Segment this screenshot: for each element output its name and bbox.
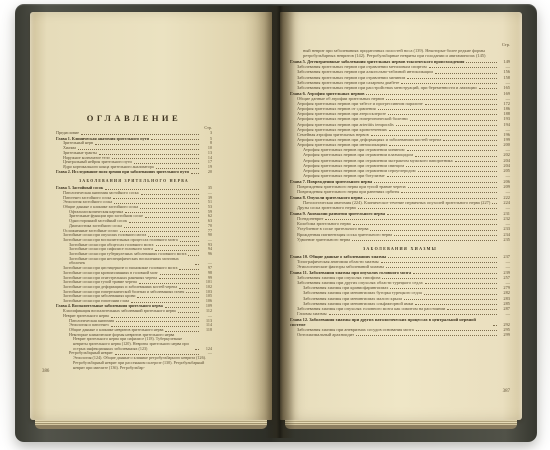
entry-text: Глава 12. Заболевания хиазмы при других … <box>290 317 491 327</box>
leader-dots <box>370 230 497 231</box>
leader-dots <box>378 109 497 110</box>
leader-dots <box>141 194 199 195</box>
toc-entry: Этиология (124). Общие данные о клинике … <box>56 356 212 370</box>
entry-page-number: 118 <box>201 328 212 333</box>
leader-dots <box>466 62 497 63</box>
leader-dots <box>415 304 497 305</box>
leader-dots <box>352 240 497 241</box>
leader-dots <box>406 166 497 167</box>
book-photo: ОГЛАВЛЕНИЕ Стр. Предисловие3Глава 1. Кли… <box>0 0 550 450</box>
toc-entry: Глиомы хиазмы— <box>290 311 510 316</box>
leader-dots <box>401 192 497 193</box>
leader-dots <box>151 139 199 140</box>
toc-entry: Неврит зрительного нерва при сифилисе (1… <box>56 337 212 351</box>
toc-entry: Оптохиазмальный арахноидит299 <box>290 332 510 337</box>
leader-dots <box>356 335 497 336</box>
leader-dots <box>124 227 199 228</box>
leader-dots <box>394 235 497 236</box>
right-page: Стр. ный неврит при заболеваниях придато… <box>280 12 522 420</box>
toc-title: ОГЛАВЛЕНИЕ <box>56 116 212 121</box>
entry-text: Неврит зрительного нерва при сифилисе (1… <box>73 337 193 351</box>
leader-dots <box>195 349 199 350</box>
folio-left: 386 <box>42 369 49 374</box>
entry-page-number: 96 <box>201 252 212 257</box>
entry-text: Удвоение зрительного нерва <box>297 237 350 242</box>
leader-dots <box>188 255 199 256</box>
leader-dots <box>388 257 497 258</box>
leader-dots <box>388 114 497 115</box>
right-page-content: Стр. ный неврит при заболеваниях придато… <box>280 12 522 420</box>
leader-dots <box>364 198 497 199</box>
leader-dots <box>396 125 497 126</box>
entry-text: Атрофия зрительных нервов при ботулизме <box>303 173 385 178</box>
leader-dots <box>156 245 199 246</box>
entry-text: Глиомы хиазмы <box>297 311 327 316</box>
leader-dots <box>95 144 199 145</box>
leader-dots <box>99 154 199 155</box>
leader-dots <box>447 309 497 310</box>
entry-page-number: — <box>499 205 510 210</box>
toc-entry: Атрофия зрительных нервов при ботулизме— <box>290 173 510 178</box>
toc-entry: Глава 12. Заболевания хиазмы при других … <box>290 317 510 327</box>
leader-dots <box>390 288 497 289</box>
leader-dots <box>325 219 497 220</box>
toc-entry: Повреждения зрительного нерва при ранени… <box>290 189 510 194</box>
entry-page-number: 20 <box>201 170 212 175</box>
entry-text: Оптохиазмальный арахноидит <box>297 332 354 337</box>
leader-dots <box>387 176 497 177</box>
leader-dots <box>116 321 199 322</box>
entry-page-number: 235 <box>499 237 510 242</box>
book-cover: ОГЛАВЛЕНИЕ Стр. Предисловие3Глава 1. Кли… <box>15 4 537 442</box>
folio-right: 387 <box>503 389 510 394</box>
leader-dots <box>140 208 199 209</box>
leader-dots <box>408 187 497 188</box>
toc-entry: Этиологические факторы заболеваний хиазм… <box>290 264 510 269</box>
entry-text: Заболевания зрительных нервов при расстр… <box>297 85 477 90</box>
leader-dots <box>425 104 497 105</box>
entry-page-number: 165 <box>499 85 510 90</box>
leader-dots <box>178 312 199 313</box>
leader-dots <box>186 292 199 293</box>
leader-dots <box>416 330 497 331</box>
leader-dots <box>191 173 199 174</box>
right-page-entries: ный неврит при заболеваниях придаточных … <box>290 48 510 337</box>
entry-page-number: — <box>499 173 510 178</box>
entry-text: ный неврит при заболеваниях придаточных … <box>303 48 510 58</box>
section-header: ЗАБОЛЕВАНИЯ ЗРИТЕЛЬНОГО НЕРВА <box>56 179 212 184</box>
entry-text: Этиологические факторы заболеваний хиазм… <box>297 264 384 269</box>
leader-dots <box>479 88 497 89</box>
toc-entry: Удвоение зрительного нерва235 <box>290 237 510 242</box>
entry-text: Друзы соска зрительного нерва <box>297 205 356 210</box>
leader-dots <box>404 299 497 300</box>
leader-dots <box>435 73 497 74</box>
leader-dots <box>329 314 497 315</box>
leader-dots <box>113 198 199 199</box>
leader-dots <box>159 278 199 279</box>
leader-dots <box>413 273 497 274</box>
page-column-header-left: Стр. <box>56 126 212 131</box>
leader-dots <box>401 83 497 84</box>
page-column-header-right: Стр. <box>290 42 510 47</box>
entry-text: Повреждения зрительного нерва при ранени… <box>297 189 399 194</box>
left-page-entries: Предисловие3Глава 1. Клиническая анатоми… <box>56 131 212 370</box>
leader-dots <box>382 278 497 279</box>
left-page-content: ОГЛАВЛЕНИЕ Стр. Предисловие3Глава 1. Кли… <box>30 12 272 420</box>
leader-dots <box>387 214 497 215</box>
leader-dots <box>381 262 497 263</box>
entry-page-number: — <box>499 189 510 194</box>
section-header: ЗАБОЛЕВАНИЯ ХИАЗМЫ <box>290 246 510 251</box>
toc-entry: ный неврит при заболеваниях придаточных … <box>290 48 510 58</box>
leader-dots <box>455 161 497 162</box>
leader-dots <box>407 78 497 79</box>
leader-dots <box>425 283 497 284</box>
leader-dots <box>418 171 498 172</box>
leader-dots <box>111 317 199 318</box>
entry-page-number: — <box>499 264 510 269</box>
entry-text: Глава 2. Исследование поля зрения при за… <box>56 170 189 175</box>
leader-dots <box>410 120 497 121</box>
leader-dots <box>389 130 497 131</box>
leader-dots <box>366 94 497 95</box>
leader-dots <box>374 182 497 183</box>
entry-page-number: — <box>499 311 510 316</box>
leader-dots <box>407 150 498 151</box>
toc-entry: Глава 2. Исследование поля зрения при за… <box>56 170 212 175</box>
toc-entry: Друзы соска зрительного нерва— <box>290 205 510 210</box>
toc-entry: Заболевания зрительных нервов при расстр… <box>290 85 510 90</box>
leader-dots <box>371 135 497 136</box>
leader-dots <box>492 203 497 204</box>
leader-dots <box>145 217 199 218</box>
leader-dots <box>429 67 497 68</box>
leader-dots <box>195 264 199 265</box>
leader-dots <box>353 224 497 225</box>
entry-text: Этиология (124). Общие данные о клинике … <box>73 356 212 370</box>
entry-page-number: 299 <box>499 332 510 337</box>
left-page: ОГЛАВЛЕНИЕ Стр. Предисловие3Глава 1. Кли… <box>30 12 272 420</box>
leader-dots <box>386 267 497 268</box>
leader-dots <box>424 294 497 295</box>
leader-dots <box>358 208 497 209</box>
leader-dots <box>137 297 199 298</box>
leader-dots <box>81 134 199 135</box>
leader-dots <box>443 140 497 141</box>
leader-dots <box>389 145 497 146</box>
leader-dots <box>160 274 199 275</box>
leader-dots <box>179 269 199 270</box>
leader-dots <box>180 241 199 242</box>
leader-dots <box>493 325 497 326</box>
leader-dots <box>415 156 497 157</box>
leader-dots <box>129 222 199 223</box>
leader-dots <box>386 99 497 100</box>
